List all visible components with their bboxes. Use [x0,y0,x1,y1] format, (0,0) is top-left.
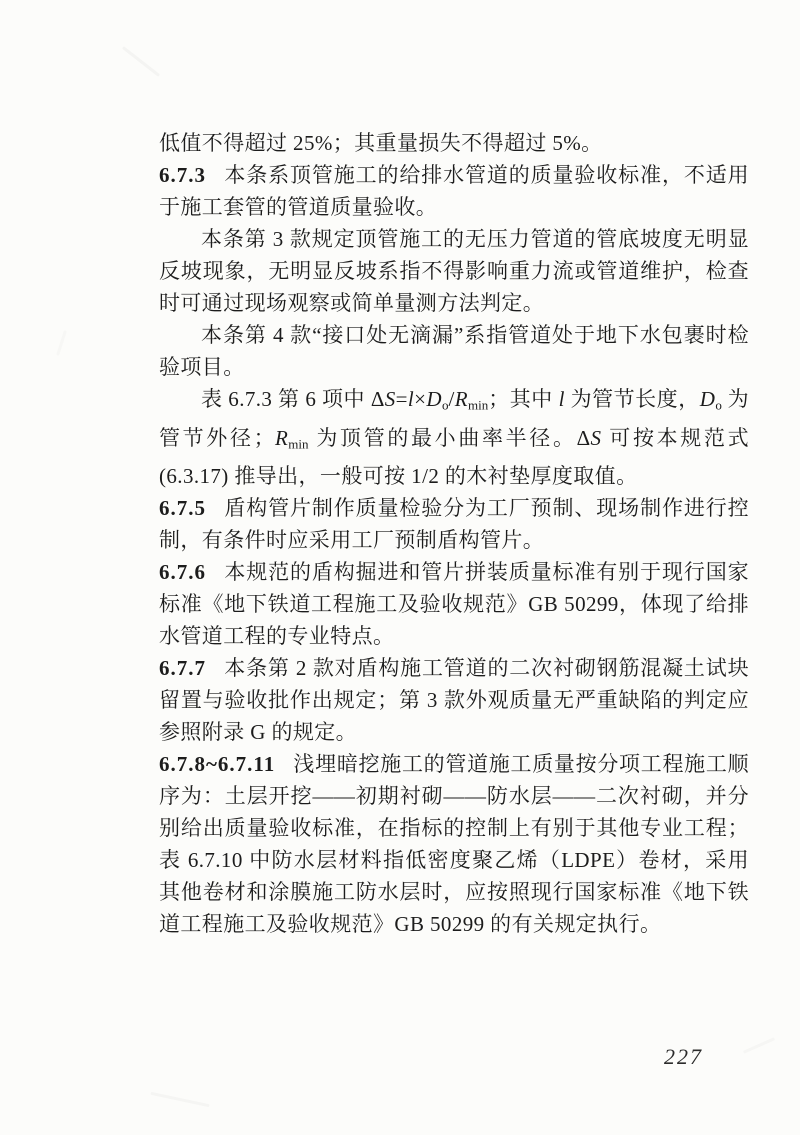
clause-number: 6.7.7 [159,656,206,680]
scan-artifact [122,46,160,77]
page-number: 227 [664,1044,703,1070]
text-segment: S [385,387,396,411]
paragraph-text: 表 6.7.3 第 6 项中 ΔS=l×Do/Rmin；其中 l 为管节长度，D… [159,387,749,488]
paragraph: 表 6.7.3 第 6 项中 ΔS=l×Do/Rmin；其中 l 为管节长度，D… [159,383,749,492]
paragraph-text: 浅埋暗挖施工的管道施工质量按分项工程施工顺序为：土层开挖——初期衬砌——防水层—… [159,752,749,936]
paragraph: 低值不得超过 25%；其重量损失不得超过 5%。 [159,127,749,159]
text-segment: 本条第 2 款对盾构施工管道的二次衬砌钢筋混凝土试块留置与验收批作出规定；第 3… [159,656,749,744]
text-segment: × [414,387,426,411]
text-segment: R [275,426,288,450]
document-page: 低值不得超过 25%；其重量损失不得超过 5%。6.7.3本条系顶管施工的给排水… [0,0,800,1135]
paragraph: 6.7.7本条第 2 款对盾构施工管道的二次衬砌钢筋混凝土试块留置与验收批作出规… [159,652,749,748]
clause-number: 6.7.5 [159,496,206,520]
paragraph-text: 本规范的盾构掘进和管片拼装质量标准有别于现行国家标准《地下铁道工程施工及验收规范… [159,560,749,648]
paragraph-text: 本条第 3 款规定顶管施工的无压力管道的管底坡度无明显反坡现象，无明显反坡系指不… [159,227,749,315]
paragraph-text: 盾构管片制作质量检验分为工厂预制、现场制作进行控制，有条件时应采用工厂预制盾构管… [159,496,749,552]
text-segment: 为顶管的最小曲率半径。Δ [309,426,591,450]
clause-number: 6.7.8~6.7.11 [159,752,275,776]
text-segment: 盾构管片制作质量检验分为工厂预制、现场制作进行控制，有条件时应采用工厂预制盾构管… [159,496,749,552]
paragraph: 本条第 4 款“接口处无滴漏”系指管道处于地下水包裹时检验项目。 [159,319,749,383]
paragraph: 本条第 3 款规定顶管施工的无压力管道的管底坡度无明显反坡现象，无明显反坡系指不… [159,223,749,319]
scan-artifact [150,1092,209,1107]
paragraph-text: 低值不得超过 25%；其重量损失不得超过 5%。 [159,131,603,155]
text-segment: min [468,398,488,413]
text-segment: D [426,387,442,411]
text-segment: 为管节长度， [565,387,700,411]
text-block: 低值不得超过 25%；其重量损失不得超过 5%。6.7.3本条系顶管施工的给排水… [159,127,749,940]
text-segment: 本条第 4 款“接口处无滴漏”系指管道处于地下水包裹时检验项目。 [159,323,749,379]
text-segment: 本规范的盾构掘进和管片拼装质量标准有别于现行国家标准《地下铁道工程施工及验收规范… [159,560,749,648]
clause-number: 6.7.3 [159,163,206,187]
text-segment: 本条第 3 款规定顶管施工的无压力管道的管底坡度无明显反坡现象，无明显反坡系指不… [159,227,749,315]
text-segment: ；其中 [488,387,558,411]
text-segment: = [396,387,408,411]
text-segment: min [288,436,308,451]
text-segment: 本条系顶管施工的给排水管道的质量验收标准，不适用于施工套管的管道质量验收。 [159,163,749,219]
paragraph-text: 本条第 2 款对盾构施工管道的二次衬砌钢筋混凝土试块留置与验收批作出规定；第 3… [159,656,749,744]
text-segment: D [700,387,716,411]
text-segment: 浅埋暗挖施工的管道施工质量按分项工程施工顺序为：土层开挖——初期衬砌——防水层—… [159,752,749,936]
paragraph: 6.7.5盾构管片制作质量检验分为工厂预制、现场制作进行控制，有条件时应采用工厂… [159,492,749,556]
paragraph: 6.7.6本规范的盾构掘进和管片拼装质量标准有别于现行国家标准《地下铁道工程施工… [159,556,749,652]
paragraph-text: 本条系顶管施工的给排水管道的质量验收标准，不适用于施工套管的管道质量验收。 [159,163,749,219]
text-segment: R [455,387,468,411]
clause-number: 6.7.6 [159,560,206,584]
paragraph-text: 本条第 4 款“接口处无滴漏”系指管道处于地下水包裹时检验项目。 [159,323,749,379]
scan-artifact [743,1037,775,1054]
text-segment: S [591,426,602,450]
scan-artifact [56,330,67,356]
text-segment: 低值不得超过 25%；其重量损失不得超过 5%。 [159,131,603,155]
paragraph: 6.7.3本条系顶管施工的给排水管道的质量验收标准，不适用于施工套管的管道质量验… [159,159,749,223]
paragraph: 6.7.8~6.7.11浅埋暗挖施工的管道施工质量按分项工程施工顺序为：土层开挖… [159,748,749,940]
text-segment: 表 6.7.3 第 6 项中 Δ [201,387,385,411]
